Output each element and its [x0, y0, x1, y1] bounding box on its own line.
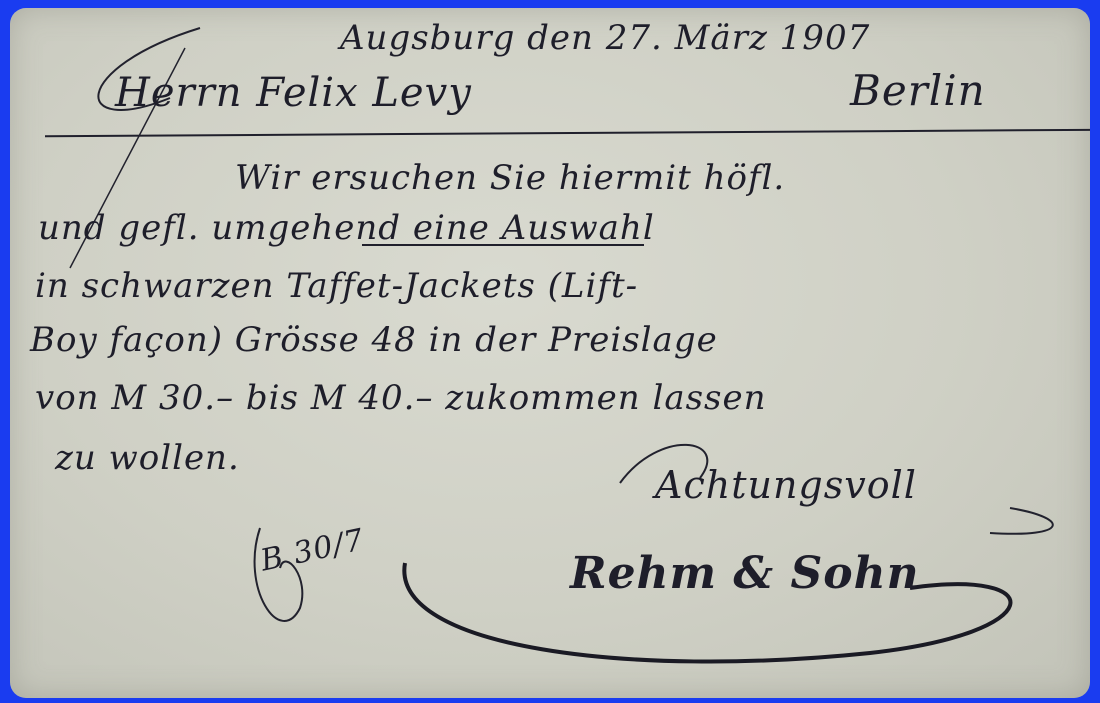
body-line-4: Boy façon) Grösse 48 in der Preislage	[30, 320, 718, 360]
addressee: Herrn Felix Levy	[115, 70, 472, 116]
postcard: Augsburg den 27. März 1907 Herrn Felix L…	[10, 8, 1090, 698]
body-line-2: und gefl. umgehend eine Auswahl	[38, 208, 655, 248]
date-line: Augsburg den 27. März 1907	[340, 18, 870, 58]
underline-umgehend	[362, 244, 644, 246]
city: Berlin	[850, 66, 986, 115]
body-line-6: zu wollen.	[55, 438, 240, 478]
signature: Rehm & Sohn	[570, 548, 920, 599]
closing: Achtungsvoll	[655, 463, 917, 507]
body-line-5: von M 30.– bis M 40.– zukommen lassen	[35, 378, 767, 418]
body-line-3: in schwarzen Taffet-Jackets (Lift-	[35, 266, 638, 306]
body-line-1: Wir ersuchen Sie hiermit höfl.	[235, 158, 785, 198]
